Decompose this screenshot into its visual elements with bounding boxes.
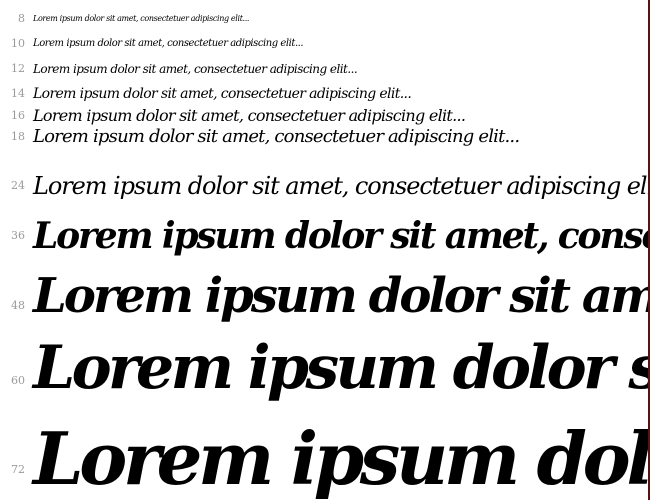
font-size-label: 12 xyxy=(0,63,25,74)
font-size-label: 14 xyxy=(0,88,25,99)
sample-text-line: Lorem ipsum dolor sit amet, consectetuer… xyxy=(33,39,303,49)
font-size-label: 16 xyxy=(0,110,25,121)
sample-text-line: Lorem ipsum dolor sit amet, consectetuer… xyxy=(33,338,650,398)
sample-text-line: Lorem ipsum dolor sit amet, consectetuer… xyxy=(33,63,357,75)
sample-text-line: Lorem ipsum dolor sit amet, consectetuer… xyxy=(33,272,650,320)
font-size-label: 24 xyxy=(0,180,25,191)
font-size-label: 36 xyxy=(0,230,25,241)
sample-text-line: Lorem ipsum dolor sit amet, consectetuer… xyxy=(33,87,411,101)
font-waterfall-preview-page: 8Lorem ipsum dolor sit amet, consectetue… xyxy=(0,0,650,500)
sample-text-line: Lorem ipsum dolor sit amet, consectetuer… xyxy=(33,174,650,198)
sample-text-line: Lorem ipsum dolor sit amet, consectetuer… xyxy=(33,108,465,124)
sample-text-line: Lorem ipsum dolor sit amet, consectetuer… xyxy=(33,15,249,23)
font-size-label: 18 xyxy=(0,131,25,142)
sample-text-line: Lorem ipsum dolor sit amet, consectetuer… xyxy=(33,218,650,254)
font-size-label: 10 xyxy=(0,38,25,49)
font-size-label: 8 xyxy=(0,13,25,24)
font-size-label: 48 xyxy=(0,300,25,311)
font-size-label: 72 xyxy=(0,464,25,475)
sample-text-line: Lorem ipsum dolor sit amet, consectetuer… xyxy=(33,128,519,146)
font-size-label: 60 xyxy=(0,375,25,386)
sample-text-line: Lorem ipsum dolor sit amet, consectetuer… xyxy=(33,423,650,495)
